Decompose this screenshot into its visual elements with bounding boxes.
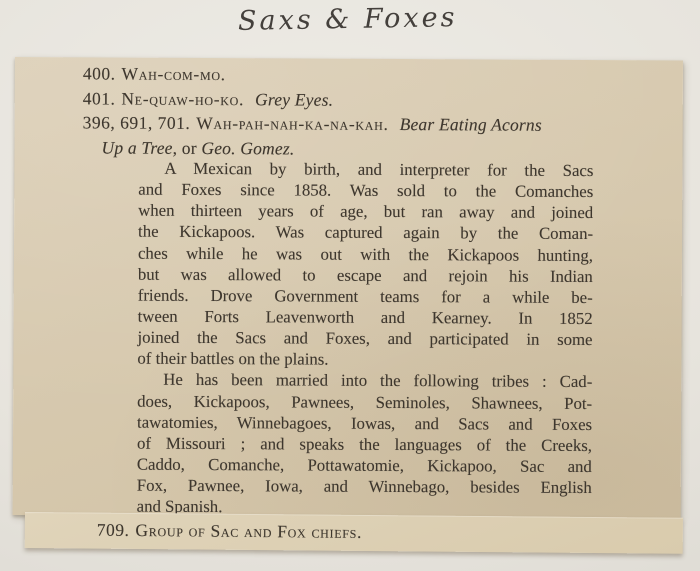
text-line: the Kickapoos. Was captured again by the… <box>138 221 593 245</box>
catalog-entries: 400.Wah-com-mo. 401.Ne-quaw-ho-ko.Grey E… <box>82 61 542 162</box>
handwritten-title: Saxs & Foxes <box>238 2 458 37</box>
text-line: of Missouri ; and speaks the languages o… <box>137 432 592 456</box>
entry-line-401: 401.Ne-quaw-ho-ko.Grey Eyes. <box>83 86 542 113</box>
text-line: but was allowed to escape and rejoin his… <box>138 263 593 287</box>
entry-name: Group of Sac and Fox chiefs. <box>135 520 362 542</box>
text-line: Fox, Pawnee, Iowa, and Winnebago, beside… <box>137 475 592 499</box>
entry-line-400: 400.Wah-com-mo. <box>83 61 542 88</box>
text-line: and Foxes since 1858. Was sold to the Co… <box>138 179 593 203</box>
entry-number: 400. <box>83 63 116 83</box>
entry-name: Ne-quaw-ho-ko. <box>121 88 244 109</box>
pasted-clipping-strip: 709.Group of Sac and Fox chiefs. <box>25 512 683 554</box>
pasted-clipping-main: 400.Wah-com-mo. 401.Ne-quaw-ho-ko.Grey E… <box>13 57 683 518</box>
text-line: A Mexican by birth, and interpreter for … <box>138 158 593 182</box>
entry-title: Grey Eyes. <box>255 89 333 109</box>
scanned-page: Saxs & Foxes 400.Wah-com-mo. 401.Ne-quaw… <box>0 0 700 571</box>
entry-number: 709. <box>97 520 130 540</box>
entry-title: Bear Eating Acorns <box>400 114 542 135</box>
text-line: when thirteen years of age, but ran away… <box>138 200 593 224</box>
text-line: tawatomies, Winnebagoes, Iowas, and Sacs… <box>137 411 592 435</box>
entry-line-709: 709.Group of Sac and Fox chiefs. <box>25 512 683 546</box>
entry-name: Wah-com-mo. <box>121 64 225 85</box>
entry-title-continued: Up a Tree <box>101 137 172 157</box>
text-line: ches while he was out with the Kickapoos… <box>138 242 593 266</box>
entry-title-connector: , or <box>173 138 202 158</box>
text-line: joined the Sacs and Foxes, and participa… <box>137 327 592 351</box>
text-line: of their battles on the plains. <box>137 348 592 372</box>
text-line: does, Kickapoos, Pawnees, Seminoles, Sha… <box>137 390 592 414</box>
entry-line-396-691-701: 396, 691, 701.Wah-pah-nah-ka-na-kah.Bear… <box>83 111 542 138</box>
text-line: friends. Drove Government teams for a wh… <box>138 284 593 308</box>
text-line: tween Forts Leavenworth and Kearney. In … <box>138 306 593 330</box>
entry-alias: Geo. Gomez. <box>201 138 294 158</box>
entry-number: 401. <box>83 88 116 108</box>
catalog-body-text: A Mexican by birth, and interpreter for … <box>137 158 594 520</box>
text-line: Caddo, Comanche, Pottawatomie, Kickapoo,… <box>137 454 592 478</box>
entry-name: Wah-pah-nah-ka-na-kah. <box>196 113 388 134</box>
entry-number: 396, 691, 701. <box>83 113 191 134</box>
text-line: He has been married into the following t… <box>137 369 592 393</box>
